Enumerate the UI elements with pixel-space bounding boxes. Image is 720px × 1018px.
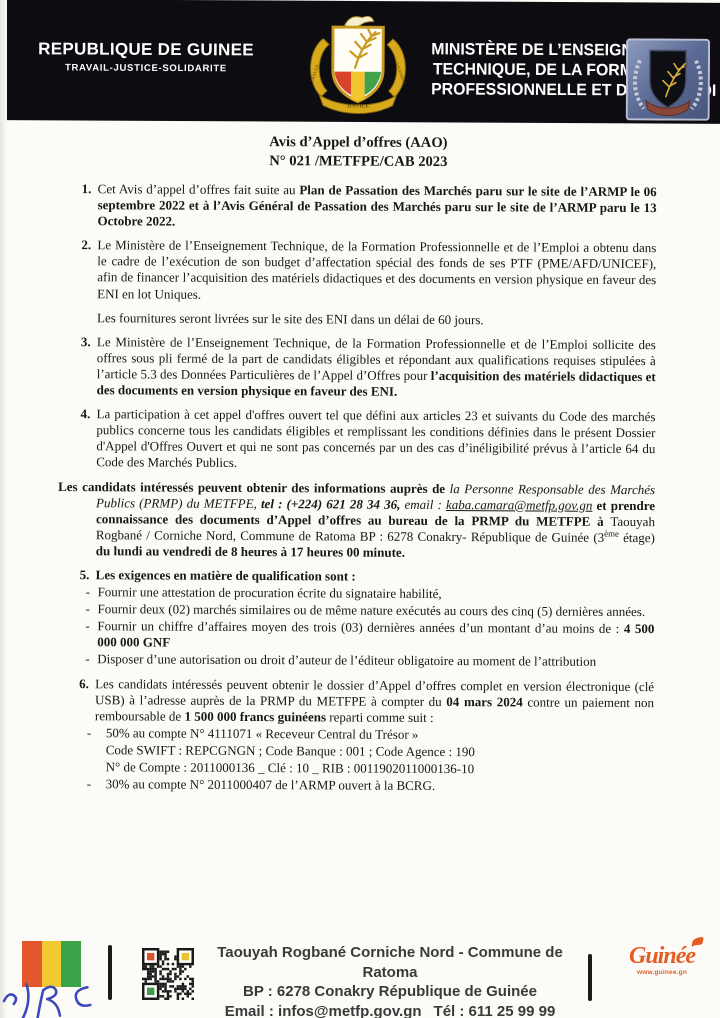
address-line-2: BP : 6278 Conakry République de Guinée <box>200 982 580 1002</box>
item-2: 2.Le Ministère de l’Enseignement Techniq… <box>59 237 656 304</box>
scanned-document-page: REPUBLIQUE DE GUINEE TRAVAIL-JUSTICE-SOL… <box>0 0 720 1018</box>
item-number: 1. <box>82 181 92 197</box>
text-run: Fournir deux (02) marchés similaires ou … <box>97 601 645 619</box>
list-dash-marker: - <box>85 652 89 668</box>
text-run: Cet Avis d’appel d’offres fait suite au <box>98 181 300 197</box>
footer-divider-right <box>588 954 592 1001</box>
qualification-2: -Fournir deux (02) marchés similaires ou… <box>57 601 654 620</box>
qualification-3: -Fournir un chiffre d’affaires moyen des… <box>57 618 654 653</box>
document-content: Avis d’Appel d’offres (AAO) N° 021 /METF… <box>57 132 657 795</box>
list-dash-marker: - <box>85 618 89 634</box>
address-line-3: Email : infos@metfp.gov.gnTél : 611 25 9… <box>200 1002 580 1018</box>
text-run: Les fournitures seront livrées sur le si… <box>97 310 484 327</box>
title-line-2: N° 021 /METFPE/CAB 2023 <box>60 150 657 172</box>
text-run: La participation à cet appel d'offres ou… <box>96 406 655 470</box>
text-run: 30% au compte N° 2011000407 de l’ARMP ou… <box>106 776 436 793</box>
list-dash-marker: - <box>85 601 89 617</box>
delivery-note: Les fournitures seront livrées sur le si… <box>59 310 656 329</box>
republic-motto: TRAVAIL-JUSTICE-SOLIDARITE <box>38 62 254 74</box>
guinea-coat-of-arms-icon: TRAVAIL SOLIDARITE JUSTICE <box>300 9 417 120</box>
text-run: Fournir une attestation de procuration é… <box>98 584 442 601</box>
text-run: 1 500 000 francs guinéens <box>184 708 326 724</box>
payment-account-1-swift: Code SWIFT : REPCGNGN ; Code Banque : 00… <box>57 742 654 761</box>
text-run: email : <box>404 496 446 511</box>
item-number: 2. <box>81 237 91 253</box>
text-run: Les candidats intéressés peuvent obtenir… <box>58 478 450 495</box>
signature-mark <box>1 979 109 1018</box>
guinee-logo-bird-icon <box>689 935 705 949</box>
guinee-logo-url: www.guinee.gn <box>610 969 714 976</box>
footer-email: Email : infos@metfp.gov.gn <box>225 1002 422 1018</box>
ministry-emblem-icon <box>626 38 710 120</box>
header-banner: REPUBLIQUE DE GUINEE TRAVAIL-JUSTICE-SOL… <box>6 0 720 124</box>
text-run: kaba.camara@metfp.gov.gn <box>446 497 592 513</box>
text-run: 50% au compte N° 4111071 « Receveur Cent… <box>106 725 419 742</box>
qr-code-icon <box>142 948 194 1000</box>
contact-paragraph: Les candidats intéressés peuvent obtenir… <box>58 478 655 562</box>
text-run: étage) <box>619 530 655 545</box>
item-4: 4.La participation à cet appel d'offres … <box>58 406 655 473</box>
text-run: ème <box>604 528 619 538</box>
item-3: 3.Le Ministère de l’Enseignement Techniq… <box>59 334 656 402</box>
qualification-1: -Fournir une attestation de procuration … <box>58 584 655 603</box>
text-run: Disposer d’une autorisation ou droit d’a… <box>97 652 596 670</box>
text-run: reparti comme suit : <box>326 709 434 725</box>
qualification-4: -Disposer d’une autorisation ou droit d’… <box>57 651 654 670</box>
republic-title-block: REPUBLIQUE DE GUINEE TRAVAIL-JUSTICE-SOL… <box>38 39 254 74</box>
item-5: 5.Les exigences en matière de qualificat… <box>58 567 655 586</box>
text-run: Les exigences en matière de qualificatio… <box>96 567 356 583</box>
footer-address: Taouyah Rogbané Corniche Nord - Commune … <box>200 943 580 1018</box>
item-number: 6. <box>79 676 89 692</box>
item-number: 3. <box>81 334 91 350</box>
text-run: Fournir un chiffre d’affaires moyen des … <box>97 618 624 636</box>
payment-account-1: -50% au compte N° 4111071 « Receveur Cen… <box>57 725 654 744</box>
payment-account-2: -30% au compte N° 2011000407 de l’ARMP o… <box>57 776 654 795</box>
guinee-logo-text: Guinée <box>629 944 695 968</box>
item-6: 6.Les candidats intéressés peuvent obten… <box>57 676 654 727</box>
footer-phone: Tél : 611 25 99 99 <box>434 1002 556 1018</box>
item-1: 1.Cet Avis d’appel d’offres fait suite a… <box>59 181 656 232</box>
republic-name: REPUBLIQUE DE GUINEE <box>38 39 254 60</box>
coat-motto-justice: JUSTICE <box>347 103 370 109</box>
list-dash-marker: - <box>87 725 91 741</box>
document-title: Avis d’Appel d’offres (AAO) N° 021 /METF… <box>60 132 657 172</box>
item-number: 4. <box>80 406 90 422</box>
document-blocks: 1.Cet Avis d’appel d’offres fait suite a… <box>57 181 657 795</box>
text-run: du lundi au vendredi de 8 heures à 17 he… <box>96 543 405 560</box>
text-run: tel : (+224) 621 28 34 36, <box>261 496 405 512</box>
list-dash-marker: - <box>87 776 91 792</box>
list-dash-marker: - <box>86 584 90 600</box>
text-run: Le Ministère de l’Enseignement Technique… <box>97 237 656 301</box>
payment-account-1-rib: N° de Compte : 2011000136 _ Clé : 10 _ R… <box>57 759 654 778</box>
guinee-logo: Guinée www.guinee.gn <box>610 944 714 976</box>
text-run: 04 mars 2024 <box>446 694 523 709</box>
address-line-1: Taouyah Rogbané Corniche Nord - Commune … <box>200 943 580 982</box>
text-run: N° de Compte : 2011000136 _ Clé : 10 _ R… <box>106 759 475 776</box>
text-run: Code SWIFT : REPCGNGN ; Code Banque : 00… <box>106 742 475 759</box>
item-number: 5. <box>80 567 90 583</box>
